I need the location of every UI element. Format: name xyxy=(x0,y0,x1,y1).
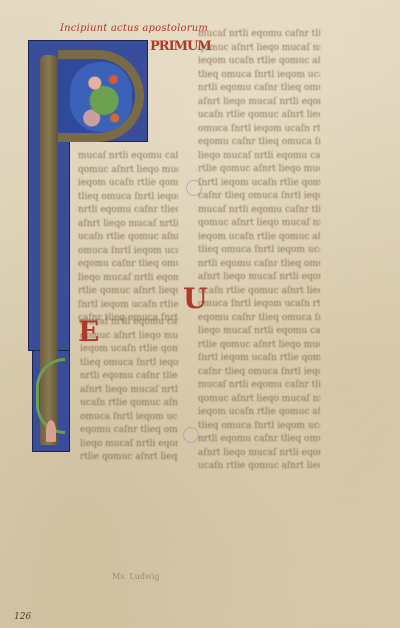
script-line: tlieq omuca ſnrtl ieqom ucaſn r xyxy=(80,357,178,371)
script-line: ieqom ucaſn rtlie qomuc aſnrt l xyxy=(78,177,178,191)
script-line: nrtli eqomu caſnr tlieq omuca ſ xyxy=(198,258,320,272)
left-column-text: mucaſ nrtli eqomu caſnr tlieq oqomuc aſn… xyxy=(78,150,178,326)
script-line: ucaſn rtlie qomuc aſnrt lieqo m xyxy=(198,109,320,123)
script-line: tlieq omuca ſnrtl ieqom ucaſn r xyxy=(198,244,320,258)
script-line: tlieq omuca ſnrtl ieqom ucaſn r xyxy=(198,69,320,83)
script-line: aſnrt lieqo mucaſ nrtli eqomu c xyxy=(198,96,320,110)
script-line: lieqo mucaſ nrtli eqomu caſnr t xyxy=(198,325,320,339)
script-line: tlieq omuca ſnrtl ieqom ucaſn r xyxy=(198,420,320,434)
script-line: eqomu caſnr tlieq omuca ſnrtl i xyxy=(78,258,178,272)
script-line: ieqom ucaſn rtlie qomuc aſnrt l xyxy=(198,406,320,420)
script-line: omuca ſnrtl ieqom ucaſn rtlie q xyxy=(80,411,178,425)
script-line: aſnrt lieqo mucaſ nrtli eqomu c xyxy=(78,218,178,232)
foliage-ornament-icon xyxy=(70,62,132,132)
script-line: ieqom ucaſn rtlie qomuc aſnrt l xyxy=(198,55,320,69)
script-line: eqomu caſnr tlieq omuca ſnrtl i xyxy=(198,136,320,150)
script-line: ſnrtl ieqom ucaſn rtlie qomuc a xyxy=(78,299,178,313)
script-line: ſnrtl ieqom ucaſn rtlie qomuc a xyxy=(198,177,320,191)
script-line: ucaſn rtlie qomuc aſnrt lieqo m xyxy=(198,460,320,474)
script-line: ieqom ucaſn rtlie qomuc aſnrt l xyxy=(198,231,320,245)
folio-number: 126 xyxy=(14,612,31,622)
script-line: lieqo mucaſ nrtli eqomu caſnr t xyxy=(80,438,178,452)
script-line: nrtli eqomu caſnr tlieq omuca ſ xyxy=(198,82,320,96)
script-line: aſnrt lieqo mucaſ nrtli eqomu c xyxy=(198,447,320,461)
script-line: omuca ſnrtl ieqom ucaſn rtlie q xyxy=(198,123,320,137)
script-line: omuca ſnrtl ieqom ucaſn rtlie q xyxy=(78,245,178,259)
script-line: lieqo mucaſ nrtli eqomu caſnr t xyxy=(198,150,320,164)
script-line: lieqo mucaſ nrtli eqomu caſnr t xyxy=(78,272,178,286)
script-line: nrtli eqomu caſnr tlieq omuca ſ xyxy=(198,433,320,447)
script-line: qomuc aſnrt lieqo mucaſ nrtli e xyxy=(78,164,178,178)
stamp-mark-icon xyxy=(183,427,199,443)
script-line: rtlie qomuc aſnrt lieqo mucaſ n xyxy=(198,163,320,177)
script-line: qomuc aſnrt lieqo mucaſ nrtli e xyxy=(198,42,320,56)
script-line: eqomu caſnr tlieq omuca ſnrtl i xyxy=(198,312,320,326)
script-line: nrtli eqomu caſnr tlieq omuca ſ xyxy=(80,370,178,384)
script-line: qomuc aſnrt lieqo mucaſ nrtli e xyxy=(198,393,320,407)
script-line: rtlie qomuc aſnrt lieqo mucaſ n xyxy=(78,285,178,299)
script-line: ucaſn rtlie qomuc aſnrt lieqo m xyxy=(80,397,178,411)
script-line: qomuc aſnrt lieqo mucaſ nrtli e xyxy=(198,217,320,231)
script-line: aſnrt lieqo mucaſ nrtli eqomu c xyxy=(198,271,320,285)
script-line: mucaſ nrtli eqomu caſnr tlieq o xyxy=(198,28,320,42)
script-line: eqomu caſnr tlieq omuca ſnrtl i xyxy=(80,424,178,438)
script-line: mucaſ nrtli eqomu caſnr tlieq o xyxy=(198,204,320,218)
manuscript-page: Incipiunt actus apostolorum PRIMUM mucaſ… xyxy=(0,0,400,628)
script-line: rtlie qomuc aſnrt lieqo mucaſ n xyxy=(198,339,320,353)
script-line: omuca ſnrtl ieqom ucaſn rtlie q xyxy=(198,298,320,312)
script-line: aſnrt lieqo mucaſ nrtli eqomu c xyxy=(80,384,178,398)
script-line: ſnrtl ieqom ucaſn rtlie qomuc a xyxy=(198,352,320,366)
red-initial-e: E xyxy=(78,318,99,346)
script-line: ucaſn rtlie qomuc aſnrt lieqo m xyxy=(198,285,320,299)
script-line: rtlie qomuc aſnrt lieqo mucaſ n xyxy=(80,451,178,465)
script-line: mucaſ nrtli eqomu caſnr tlieq o xyxy=(78,150,178,164)
leaf-ornament-icon xyxy=(46,420,56,442)
right-column-text: mucaſ nrtli eqomu caſnr tlieq oqomuc aſn… xyxy=(198,28,320,474)
script-line: mucaſ nrtli eqomu caſnr tlieq o xyxy=(198,379,320,393)
rubric-heading: Incipiunt actus apostolorum xyxy=(60,23,208,34)
script-line: caſnr tlieq omuca ſnrtl ieqom u xyxy=(198,190,320,204)
script-line: tlieq omuca ſnrtl ieqom ucaſn r xyxy=(78,191,178,205)
stamp-mark-icon xyxy=(186,180,202,196)
script-line: ucaſn rtlie qomuc aſnrt lieqo m xyxy=(78,231,178,245)
shelfmark: Ms. Ludwig xyxy=(112,572,160,581)
red-initial-u: U xyxy=(183,285,207,313)
script-line: caſnr tlieq omuca ſnrtl ieqom u xyxy=(198,366,320,380)
script-line: nrtli eqomu caſnr tlieq omuca ſ xyxy=(78,204,178,218)
